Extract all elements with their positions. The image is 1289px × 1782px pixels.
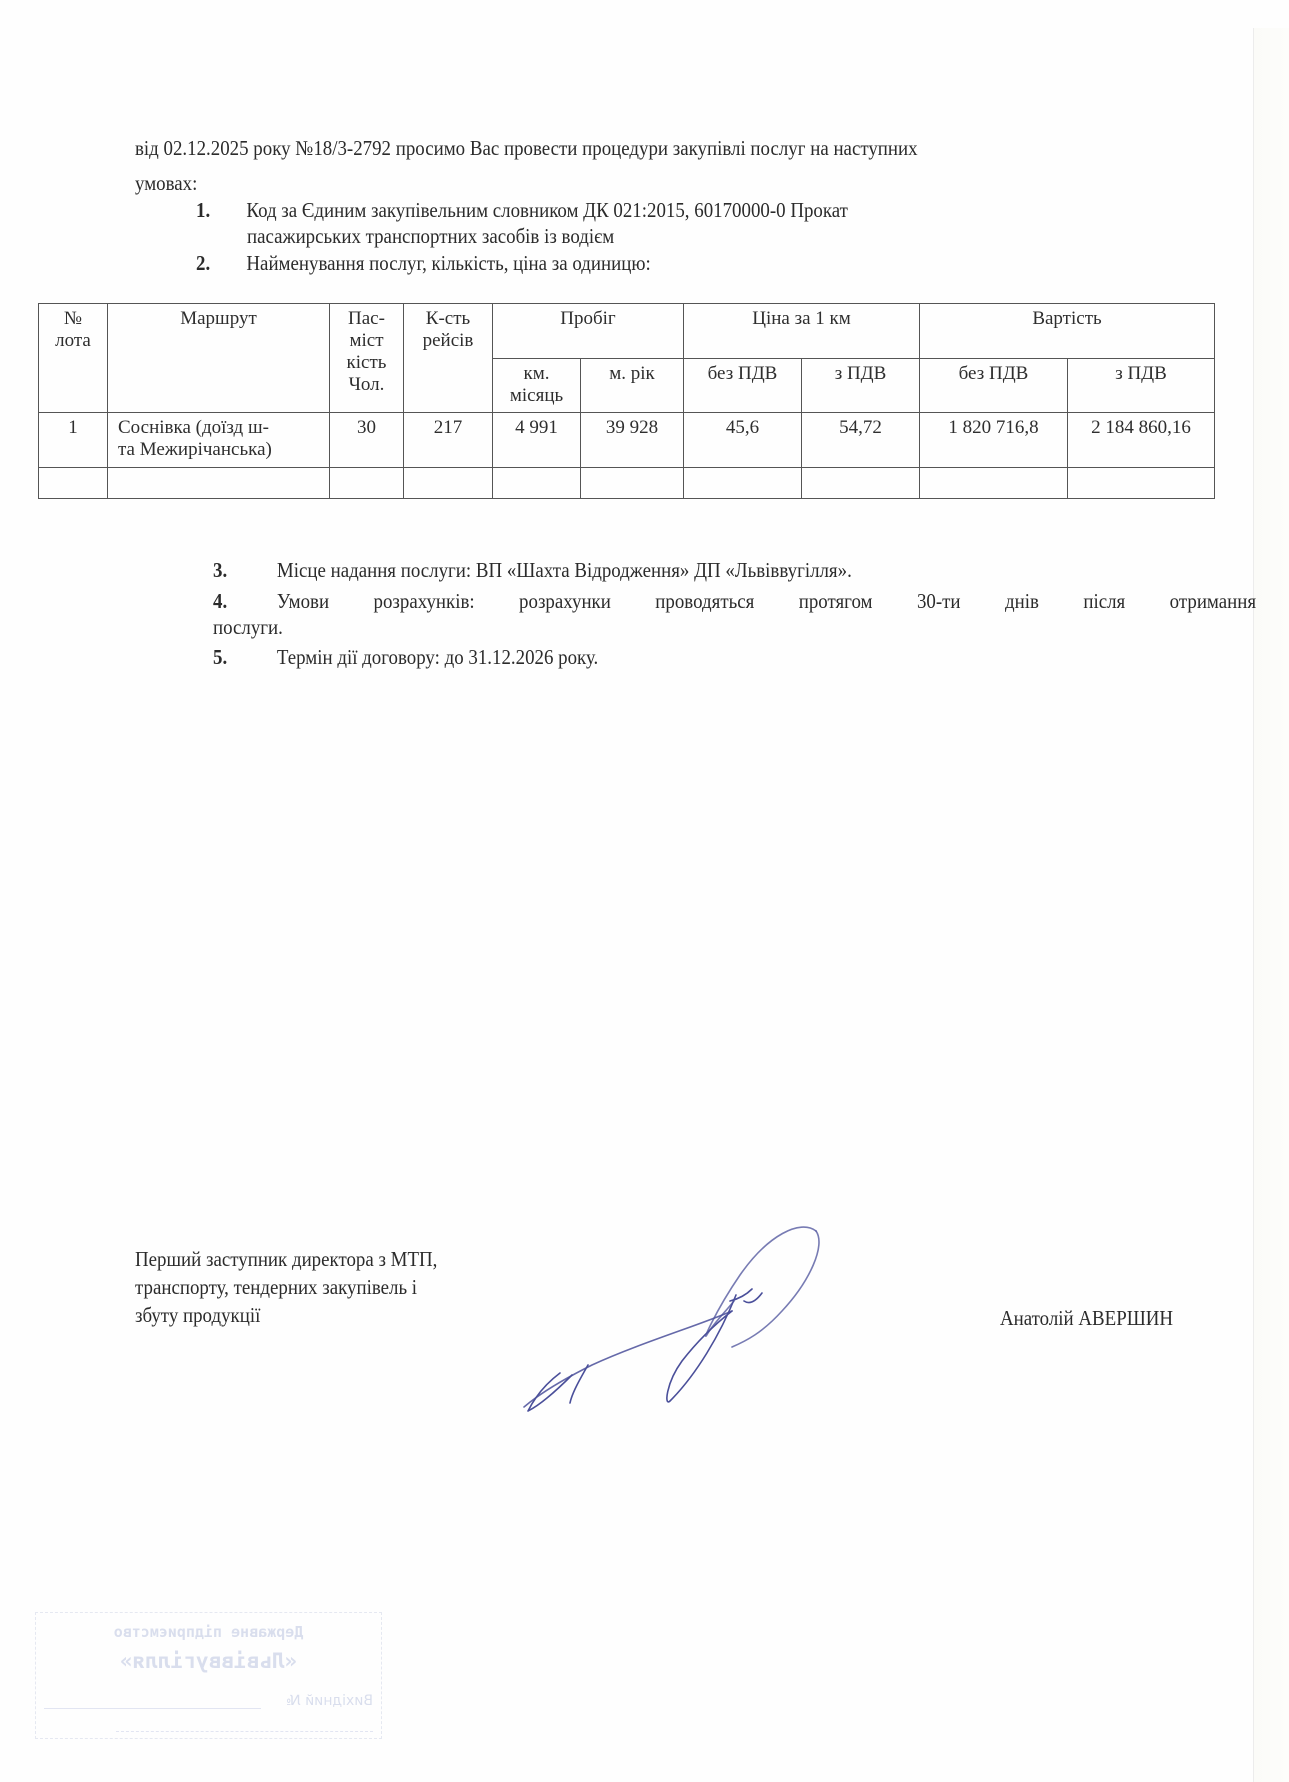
signatory-title-line-3: збуту продукції: [135, 1303, 260, 1327]
scan-edge-line: [1253, 28, 1254, 1782]
cell-text: Соснівка (доїзд ш-: [118, 417, 326, 439]
list-item-text: Місце надання послуги: ВП «Шахта Відродж…: [277, 558, 852, 582]
cell-lot-no: 1: [39, 413, 108, 468]
list-item-text: Термін дії договору: до 31.12.2026 року.: [277, 645, 598, 669]
cell-price-no-vat: 45,6: [684, 413, 802, 468]
header-text: К-сть: [407, 308, 489, 330]
header-cost-with-vat: з ПДВ: [1068, 359, 1215, 413]
cell-lot-no: [39, 468, 108, 499]
header-text: місяць: [496, 385, 577, 407]
signatory-name: Анатолій АВЕРШИН: [1000, 1306, 1173, 1330]
word: днів: [1005, 589, 1039, 613]
list-item-number: 4.: [213, 589, 227, 613]
stamp-line-3: Вихідний №: [286, 1693, 373, 1709]
list-item-number: 2.: [196, 251, 210, 275]
document-page: від 02.12.2025 року №18/3-2792 просимо В…: [0, 0, 1289, 1782]
header-lot-no: № лота: [39, 304, 108, 413]
signatory-title-line-2: транспорту, тендерних закупівель і: [135, 1275, 417, 1299]
header-text: міст: [333, 330, 400, 352]
stamp-mirror: Державне підприємство «Львіввугілля» Вих…: [36, 1613, 381, 1738]
cell-cost-no-vat: 1 820 716,8: [920, 413, 1068, 468]
header-text: рейсів: [407, 330, 489, 352]
cell-text: та Межирічанська): [118, 439, 326, 461]
cell-mileage-month: [493, 468, 581, 499]
stamp-line-2: «Львіввугілля»: [36, 1649, 381, 1673]
header-text: Пас-: [333, 308, 400, 330]
cell-price-no-vat: [684, 468, 802, 499]
cell-mileage-year: 39 928: [581, 413, 684, 468]
list-item-text: Код за Єдиним закупівельним словником ДК…: [246, 198, 848, 222]
cell-cost-with-vat: 2 184 860,16: [1068, 413, 1215, 468]
stamp-bleed-through: Державне підприємство «Львіввугілля» Вих…: [35, 1612, 382, 1739]
header-text: Чол.: [333, 374, 400, 396]
intro-line-1: від 02.12.2025 року №18/3-2792 просимо В…: [135, 136, 918, 160]
word: розрахунків:: [374, 589, 475, 613]
word: після: [1083, 589, 1125, 613]
list-item-text: пасажирських транспортних засобів із вод…: [247, 224, 614, 248]
table-row-empty: [39, 468, 1215, 499]
header-capacity: Пас- міст кість Чол.: [330, 304, 404, 413]
stamp-rule: [44, 1708, 261, 1709]
stamp-rule: [116, 1731, 373, 1732]
word: отримання: [1170, 589, 1256, 613]
header-mileage-month: км. місяць: [493, 359, 581, 413]
cell-mileage-year: [581, 468, 684, 499]
header-price-no-vat: без ПДВ: [684, 359, 802, 413]
header-text: км.: [496, 363, 577, 385]
scan-edge-shade: [1254, 28, 1289, 1782]
cell-cost-with-vat: [1068, 468, 1215, 499]
header-price-per-km: Ціна за 1 км: [684, 304, 920, 359]
signatory-title-line-1: Перший заступник директора з МТП,: [135, 1247, 437, 1271]
header-text: лота: [42, 330, 104, 352]
cell-capacity: 30: [330, 413, 404, 468]
cell-trips: 217: [404, 413, 493, 468]
lots-table: № лота Маршрут Пас- міст кість Чол. К-ст…: [38, 303, 1215, 499]
intro-line-2: умовах:: [135, 171, 197, 195]
list-item-text: Найменування послуг, кількість, ціна за …: [246, 251, 650, 275]
cell-capacity: [330, 468, 404, 499]
header-cost: Вартість: [920, 304, 1215, 359]
cell-price-with-vat: 54,72: [802, 413, 920, 468]
header-text: №: [42, 308, 104, 330]
list-item-number: 3.: [213, 558, 227, 582]
word: проводяться: [655, 589, 754, 613]
header-trips: К-сть рейсів: [404, 304, 493, 413]
handwritten-signature-icon: [500, 1215, 840, 1415]
header-route: Маршрут: [108, 304, 330, 413]
word: Умови: [277, 589, 329, 613]
header-mileage: Пробіг: [493, 304, 684, 359]
word: протягом: [799, 589, 873, 613]
table-header-row-1: № лота Маршрут Пас- міст кість Чол. К-ст…: [39, 304, 1215, 359]
cell-price-with-vat: [802, 468, 920, 499]
cell-trips: [404, 468, 493, 499]
word: 30-ти: [917, 589, 961, 613]
cell-cost-no-vat: [920, 468, 1068, 499]
header-price-with-vat: з ПДВ: [802, 359, 920, 413]
cell-route: [108, 468, 330, 499]
word: розрахунки: [519, 589, 611, 613]
stamp-line-1: Державне підприємство: [36, 1623, 381, 1641]
list-item-text: Умови розрахунків: розрахунки проводятьс…: [277, 589, 1256, 613]
cell-mileage-month: 4 991: [493, 413, 581, 468]
cell-route: Соснівка (доїзд ш- та Межирічанська): [108, 413, 330, 468]
list-item-text: послуги.: [213, 615, 283, 639]
header-text: кість: [333, 352, 400, 374]
table-row: 1 Соснівка (доїзд ш- та Межирічанська) 3…: [39, 413, 1215, 468]
list-item-number: 1.: [196, 198, 210, 222]
header-cost-no-vat: без ПДВ: [920, 359, 1068, 413]
header-mileage-year: м. рік: [581, 359, 684, 413]
list-item-number: 5.: [213, 645, 227, 669]
